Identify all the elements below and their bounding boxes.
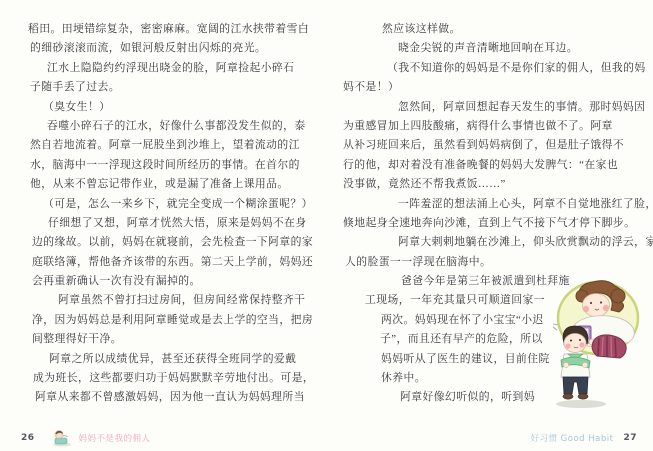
chapter-title: 好习惯 Good Habit [530, 432, 613, 444]
text-line: 阿章虽然不曾打扫过房间，但房间经常保持整齐干 [28, 291, 328, 310]
text-line: 会再重新确认一次有没有漏掉的。 [28, 272, 328, 291]
text-line: 吞噬小碎石子的江水，好像什么事都没发生似的，泰 [28, 117, 328, 136]
text-line: 成为班长，这些都要归功于妈妈默默辛劳地付出。可是， [28, 369, 328, 388]
text-line: 晓金尖锐的声音清晰地回响在耳边。 [343, 39, 648, 58]
text-line: 的细砂滚滚而流，如银河般反射出闪烁的亮光。 [28, 39, 328, 58]
left-page-text: 稻田。田埂错综复杂，密密麻麻。宽阔的江水挟带着雪白的细砂滚滚而流，如银河般反射出… [28, 20, 328, 408]
text-line: 阿章大剌剌地躺在沙滩上，仰头欣赏飘动的浮云，家 [343, 233, 648, 252]
text-line: 庭联络簿，帮他备齐该带的东西。第二天上学前，妈妈还 [28, 253, 328, 272]
text-line: 间整理得好干净。 [28, 330, 328, 349]
book-spread: 稻田。田埂错综复杂，密密麻麻。宽阔的江水挟带着雪白的细砂滚滚而流，如银河般反射出… [0, 0, 653, 451]
text-line: （我不知道你的妈妈是不是你们家的佣人，但我的妈 [343, 59, 648, 78]
text-line: 然应该这样做。 [343, 20, 648, 39]
text-line: 忽然间，阿章回想起春天发生的事情。那时妈妈因 [343, 98, 648, 117]
text-line: 一阵羞涩的想法涌上心头，阿章不自觉地涨红了脸， [343, 195, 648, 214]
text-line: 然自若地流着。阿章一屁股坐到沙堆上，望着流动的江 [28, 136, 328, 155]
text-line: （臭女生！） [28, 98, 328, 117]
text-line: 人的脸蛋一一浮现在脑海中。 [343, 253, 648, 272]
text-line: （可是，怎么一来乡下，就完全变成一个糊涂蛋呢？） [28, 195, 328, 214]
illustration-svg [535, 276, 653, 424]
text-line: 阿章从来都不曾感激妈妈，因为他一直认为妈妈理所当 [28, 388, 328, 407]
text-line: 江水上隐隐约约浮现出晓金的脸，阿章捡起小碎石 [28, 59, 328, 78]
text-line: 倏地起身全速地奔向沙滩，直到上气不接下气才停下脚步。 [343, 214, 648, 233]
text-line: 阿章之所以成绩优异，甚至还获得全班同学的爱戴 [28, 350, 328, 369]
text-line: 边的缘故。以前，妈妈在就寝前，会先检查一下阿章的家 [28, 233, 328, 252]
boy-figure [553, 324, 590, 399]
left-page-footer: 26 妈妈不是我的佣人 [21, 429, 151, 447]
text-line: 他，从来不曾忘记带作业，或是漏了准备上课用品。 [28, 175, 328, 194]
text-line: 行的他，却对着没有准备晚餐的妈妈大发脾气：“在家也 [343, 156, 648, 175]
text-line: 没事做，竟然还不帮我煮饭……” [343, 175, 648, 194]
text-line: 妈不是！） [343, 78, 648, 97]
right-page-footer: 好习惯 Good Habit 27 [530, 429, 637, 447]
text-line: 从补习班回来后，虽然看到妈妈病倒了，但是肚子饿得不 [343, 136, 648, 155]
right-page-number: 27 [623, 433, 637, 443]
ground-shadow [556, 400, 606, 408]
left-page-number: 26 [21, 433, 35, 443]
text-line: 水，脑海中一一浮现这段时间所经历的事情。在首尔的 [28, 156, 328, 175]
text-line: 为重感冒加上四肢酸痛，病得什么事情也做不了。阿章 [343, 117, 648, 136]
mother-thought-illustration [535, 276, 653, 424]
text-line: 稻田。田埂错综复杂，密密麻麻。宽阔的江水挟带着雪白 [28, 20, 328, 39]
text-line: 净，因为妈妈总是利用阿章睡觉或是去上学的空当，把房 [28, 311, 328, 330]
footer-kid-icon [49, 429, 73, 447]
text-line: 子随手丢了过去。 [28, 78, 328, 97]
text-line: 仔细想了又想，阿章才恍然大悟，原来是妈妈不在身 [28, 214, 328, 233]
book-title: 妈妈不是我的佣人 [79, 432, 151, 444]
